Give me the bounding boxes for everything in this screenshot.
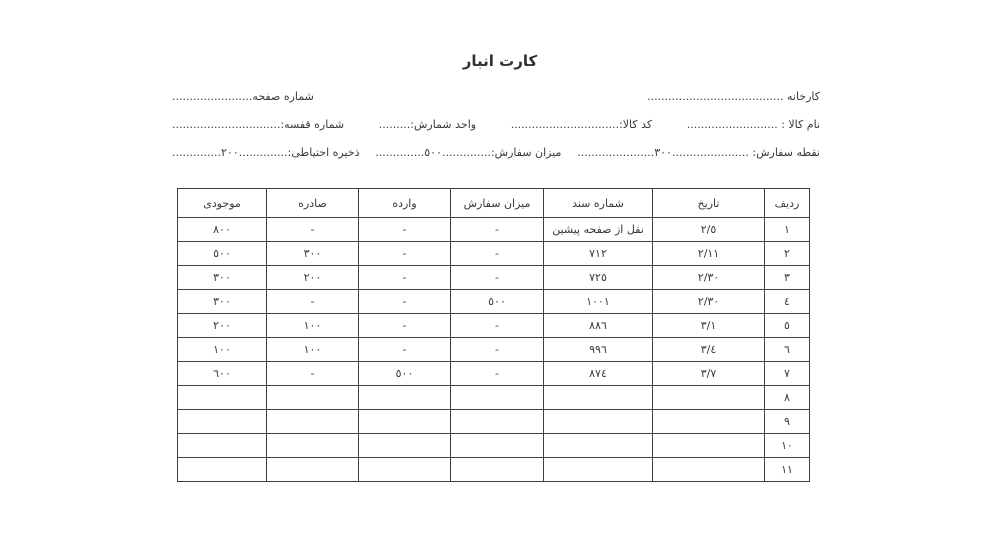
table-cell: ٨٧٤ <box>544 362 653 386</box>
table-cell: نقل از صفحه پیشین <box>544 218 653 242</box>
table-cell: ٥٠٠ <box>359 362 451 386</box>
column-header: موجودی <box>178 189 267 218</box>
table-cell <box>451 434 544 458</box>
column-header: شماره سند <box>544 189 653 218</box>
table-cell <box>267 410 359 434</box>
table-cell: - <box>267 290 359 314</box>
table-cell <box>178 386 267 410</box>
table-cell: ١٠٠ <box>178 338 267 362</box>
table-cell <box>653 458 765 482</box>
count-unit-field: واحد شمارش:......... <box>379 118 476 132</box>
table-cell <box>653 386 765 410</box>
table-cell <box>451 410 544 434</box>
table-row: ٨ <box>178 386 810 410</box>
table-cell <box>544 458 653 482</box>
table-cell: ١٠ <box>765 434 810 458</box>
table-cell: ٢/٥ <box>653 218 765 242</box>
factory-field: کارخانه ................................… <box>647 90 820 104</box>
table-cell: ١٠٠ <box>267 338 359 362</box>
table-cell <box>544 434 653 458</box>
table-row: ١٠ <box>178 434 810 458</box>
table-cell: - <box>267 218 359 242</box>
table-cell: ٣٠٠ <box>178 266 267 290</box>
table-cell <box>267 434 359 458</box>
table-cell: ٧ <box>765 362 810 386</box>
table-body: ١٢/٥نقل از صفحه پیشین---٨٠٠٢٢/١١٧١٢--٣٠٠… <box>178 218 810 482</box>
table-header: ردیفتاریخشماره سندمیزان سفارشواردهصادرهم… <box>178 189 810 218</box>
table-cell <box>544 410 653 434</box>
table-cell: ٢٠٠ <box>178 314 267 338</box>
table-cell: - <box>451 338 544 362</box>
table-cell: ١٠٠ <box>267 314 359 338</box>
table-cell: - <box>451 314 544 338</box>
table-header-row: ردیفتاریخشماره سندمیزان سفارشواردهصادرهم… <box>178 189 810 218</box>
table-row: ٦٣/٤٩٩٦--١٠٠١٠٠ <box>178 338 810 362</box>
stock-card-table: ردیفتاریخشماره سندمیزان سفارشواردهصادرهم… <box>177 188 810 482</box>
item-code-field: کد کالا:............................... <box>511 118 652 132</box>
column-header: وارده <box>359 189 451 218</box>
table-cell <box>451 458 544 482</box>
table-cell: ٦ <box>765 338 810 362</box>
table-cell <box>653 434 765 458</box>
table-cell: - <box>451 362 544 386</box>
table-cell: ١٠٠١ <box>544 290 653 314</box>
table-row: ٥٣/١٨٨٦--١٠٠٢٠٠ <box>178 314 810 338</box>
table-row: ٢٢/١١٧١٢--٣٠٠٥٠٠ <box>178 242 810 266</box>
table-row: ١١ <box>178 458 810 482</box>
table-cell: - <box>359 314 451 338</box>
table-cell <box>178 410 267 434</box>
table-cell: - <box>359 338 451 362</box>
table-cell: ١١ <box>765 458 810 482</box>
table-cell <box>359 386 451 410</box>
column-header: تاریخ <box>653 189 765 218</box>
table-cell: ١ <box>765 218 810 242</box>
table-cell: ٧٢٥ <box>544 266 653 290</box>
table-row: ٧٣/٧٨٧٤-٥٠٠-٦٠٠ <box>178 362 810 386</box>
table-cell: ٧١٢ <box>544 242 653 266</box>
table-cell: ٢٠٠ <box>267 266 359 290</box>
table-cell: - <box>359 218 451 242</box>
table-cell: ٦٠٠ <box>178 362 267 386</box>
table-cell: - <box>451 218 544 242</box>
table-cell: ٢/٣٠ <box>653 266 765 290</box>
order-quantity-field: میزان سفارش:..............٥٠٠...........… <box>375 146 561 160</box>
safety-stock-field: ذخیره احتیاطی:..............٢٠٠.........… <box>172 146 359 160</box>
form-line-2: نام کالا : .......................... کد… <box>172 118 820 134</box>
table-cell <box>178 458 267 482</box>
table-cell <box>178 434 267 458</box>
warehouse-card-page: کارت انبار کارخانه .....................… <box>0 0 1000 550</box>
table-cell: ٥٠٠ <box>451 290 544 314</box>
table-cell <box>451 386 544 410</box>
table-cell: ٢ <box>765 242 810 266</box>
table-cell: ٨ <box>765 386 810 410</box>
table-cell: ٢/١١ <box>653 242 765 266</box>
table-cell: ٣/٧ <box>653 362 765 386</box>
table-cell: ٢/٣٠ <box>653 290 765 314</box>
form-line-3: نقطه سفارش: ......................٣٠٠...… <box>172 146 820 162</box>
table-cell <box>359 434 451 458</box>
table-row: ٩ <box>178 410 810 434</box>
table-cell: ٣/١ <box>653 314 765 338</box>
table-row: ٤٢/٣٠١٠٠١٥٠٠--٣٠٠ <box>178 290 810 314</box>
page-title: کارت انبار <box>0 52 1000 70</box>
table-cell: ٣ <box>765 266 810 290</box>
shelf-number-field: شماره قفسه:.............................… <box>172 118 344 132</box>
column-header: صادره <box>267 189 359 218</box>
table-cell <box>359 410 451 434</box>
table-cell <box>267 458 359 482</box>
table-cell: - <box>359 242 451 266</box>
table-cell <box>653 410 765 434</box>
table-cell: ٣٠٠ <box>178 290 267 314</box>
column-header: میزان سفارش <box>451 189 544 218</box>
table-cell: - <box>359 266 451 290</box>
table-cell: - <box>359 290 451 314</box>
table-cell: ٩٩٦ <box>544 338 653 362</box>
page-number-field: شماره صفحه....................... <box>172 90 314 104</box>
order-point-field: نقطه سفارش: ......................٣٠٠...… <box>577 146 820 160</box>
table-cell: ٩ <box>765 410 810 434</box>
item-name-field: نام کالا : .......................... <box>687 118 820 132</box>
table-row: ١٢/٥نقل از صفحه پیشین---٨٠٠ <box>178 218 810 242</box>
table-cell: ٤ <box>765 290 810 314</box>
table-cell: - <box>267 362 359 386</box>
table-cell: - <box>451 266 544 290</box>
table-cell <box>359 458 451 482</box>
table-cell: ٨٨٦ <box>544 314 653 338</box>
table-cell: ٣/٤ <box>653 338 765 362</box>
table-cell: - <box>451 242 544 266</box>
table-cell: ٥٠٠ <box>178 242 267 266</box>
table-cell: ٥ <box>765 314 810 338</box>
column-header: ردیف <box>765 189 810 218</box>
table-cell: ٣٠٠ <box>267 242 359 266</box>
form-line-1: کارخانه ................................… <box>172 90 820 106</box>
table-cell <box>544 386 653 410</box>
table-cell <box>267 386 359 410</box>
table-row: ٣٢/٣٠٧٢٥--٢٠٠٣٠٠ <box>178 266 810 290</box>
table-cell: ٨٠٠ <box>178 218 267 242</box>
